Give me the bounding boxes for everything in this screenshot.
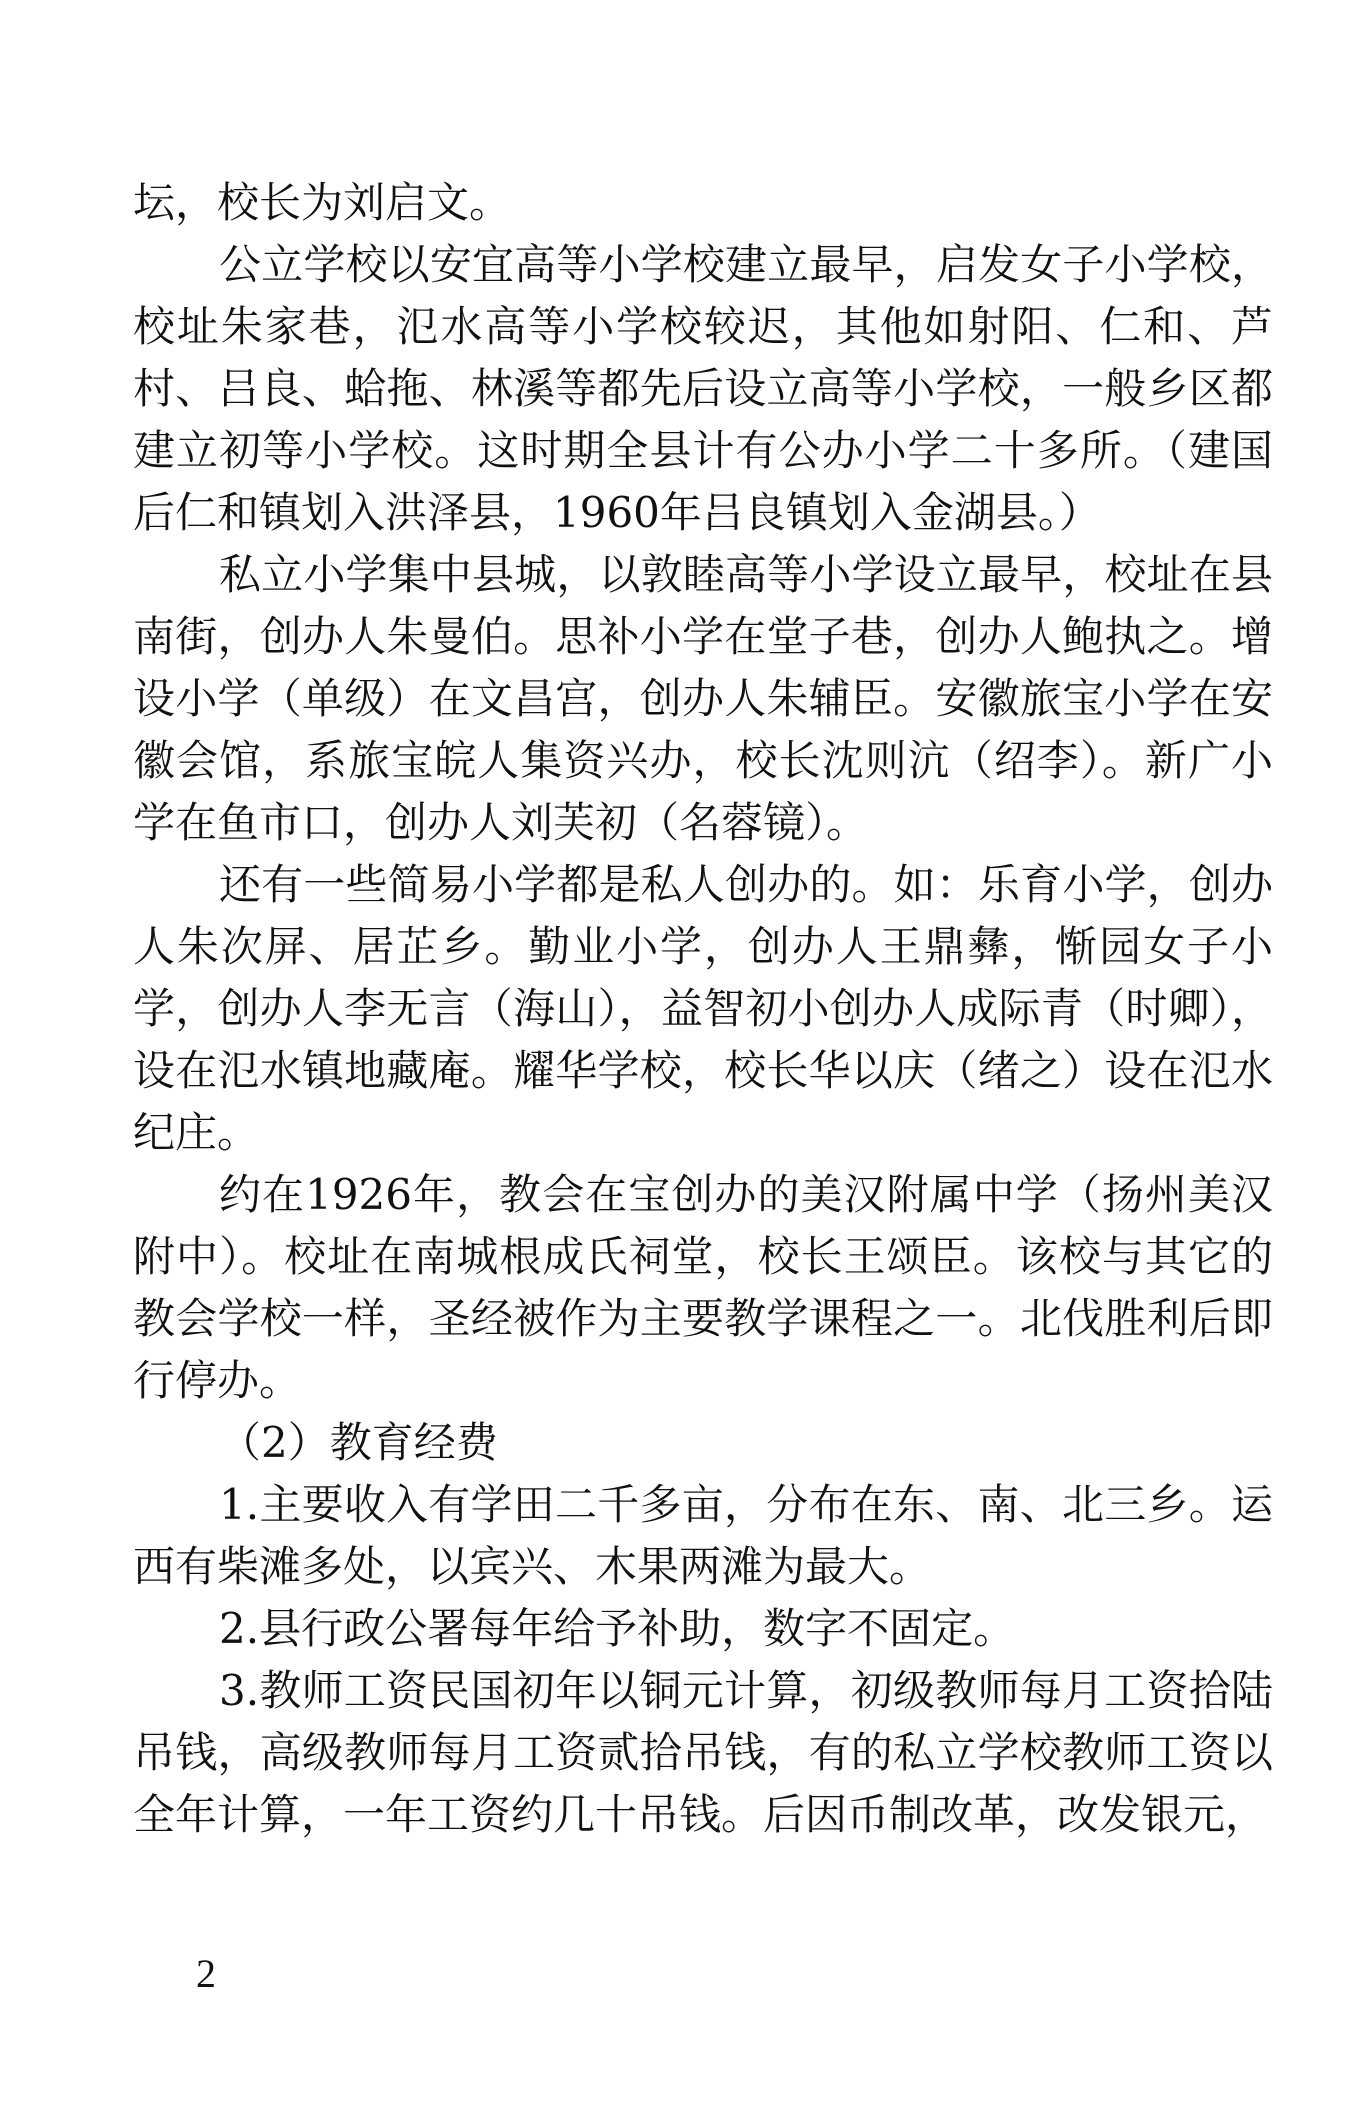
paragraph-item-2: 2.县行政公署每年给予补助，数字不固定。 [133,1598,1273,1660]
paragraph-item-3: 3.教师工资民国初年以铜元计算，初级教师每月工资拾陆吊钱，高级教师每月工资贰拾吊… [133,1660,1273,1846]
paragraph-public-schools: 公立学校以安宜高等小学校建立最早，启发女子小学校，校址朱家巷，氾水高等小学校较迟… [133,234,1273,544]
section-heading-education-funding: （2）教育经费 [133,1412,1273,1474]
page-body: 坛，校长为刘启文。 公立学校以安宜高等小学校建立最早，启发女子小学校，校址朱家巷… [133,172,1273,1846]
paragraph-church-school: 约在1926年，教会在宝创办的美汉附属中学（扬州美汉附中）。校址在南城根成氏祠堂… [133,1164,1273,1412]
paragraph-simple-schools: 还有一些简易小学都是私人创办的。如：乐育小学，创办人朱次屏、居芷乡。勤业小学，创… [133,854,1273,1164]
paragraph-1: 坛，校长为刘启文。 [133,172,1273,234]
page-number: 2 [196,1950,216,1997]
paragraph-item-1: 1.主要收入有学田二千多亩，分布在东、南、北三乡。运西有柴滩多处，以宾兴、木果两… [133,1474,1273,1598]
paragraph-private-schools: 私立小学集中县城，以敦睦高等小学设立最早，校址在县南街，创办人朱曼伯。思补小学在… [133,544,1273,854]
